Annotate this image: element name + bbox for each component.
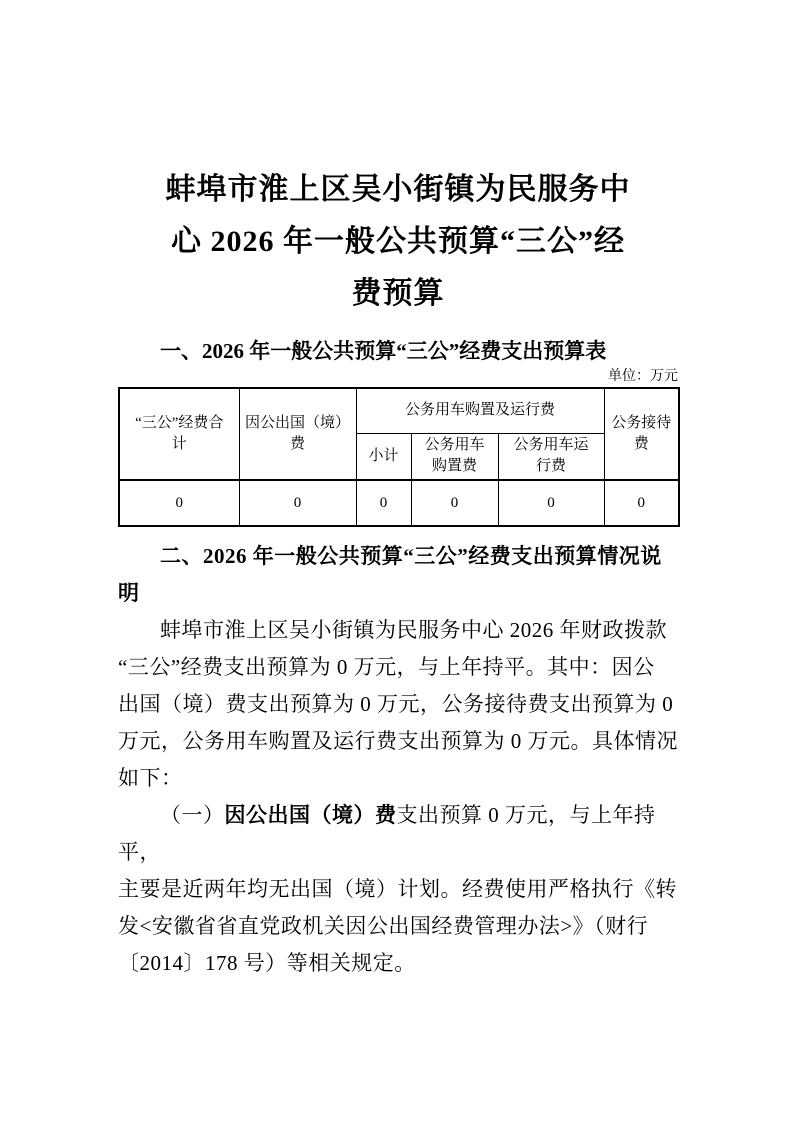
document-page: 蚌埠市淮上区吴小街镇为民服务中心 2026 年一般公共预算“三公”经费预算 一、… (0, 0, 793, 1122)
header-cell-reception: 公务接待费 (604, 388, 679, 480)
section1-heading: 一、2026 年一般公共预算“三公”经费支出预算表 (118, 336, 678, 366)
table-header-row-group: “三公”经费合计 因公出国（境）费 公务用车购置及运行费 公务接待费 (119, 388, 679, 433)
value-cell-total: 0 (119, 480, 239, 526)
header-cell-subtotal: 小计 (356, 433, 411, 480)
value-cell-subtotal: 0 (356, 480, 411, 526)
section2-heading: 二、2026 年一般公共预算“三公”经费支出预算情况说明 (118, 538, 678, 612)
header-cell-abroad: 因公出国（境）费 (239, 388, 356, 480)
body-text: （一） (160, 803, 225, 827)
header-cell-operation: 公务用车运行费 (498, 433, 604, 480)
value-cell-purchase: 0 (411, 480, 498, 526)
header-cell-total: “三公”经费合计 (119, 388, 239, 480)
document-title: 蚌埠市淮上区吴小街镇为民服务中心 2026 年一般公共预算“三公”经费预算 (118, 164, 678, 320)
emphasized-text: 因公出国（境）费 (225, 803, 397, 827)
table-data-row: 0 0 0 0 0 0 (119, 480, 679, 526)
budget-table: “三公”经费合计 因公出国（境）费 公务用车购置及运行费 公务接待费 小计 公务… (118, 387, 680, 527)
unit-label: 单位：万元 (118, 368, 678, 386)
document-content: 蚌埠市淮上区吴小街镇为民服务中心 2026 年一般公共预算“三公”经费预算 一、… (118, 0, 678, 982)
value-cell-abroad: 0 (239, 480, 356, 526)
header-cell-purchase: 公务用车购置费 (411, 433, 498, 480)
paragraph-abroad-expense: （一）因公出国（境）费支出预算 0 万元，与上年持平，主要是近两年均无出国（境）… (118, 797, 678, 982)
value-cell-operation: 0 (498, 480, 604, 526)
paragraph-overview: 蚌埠市淮上区吴小街镇为民服务中心 2026 年财政拨款“三公”经费支出预算为 0… (118, 612, 678, 797)
header-cell-vehicle-group: 公务用车购置及运行费 (356, 388, 604, 433)
value-cell-reception: 0 (604, 480, 679, 526)
